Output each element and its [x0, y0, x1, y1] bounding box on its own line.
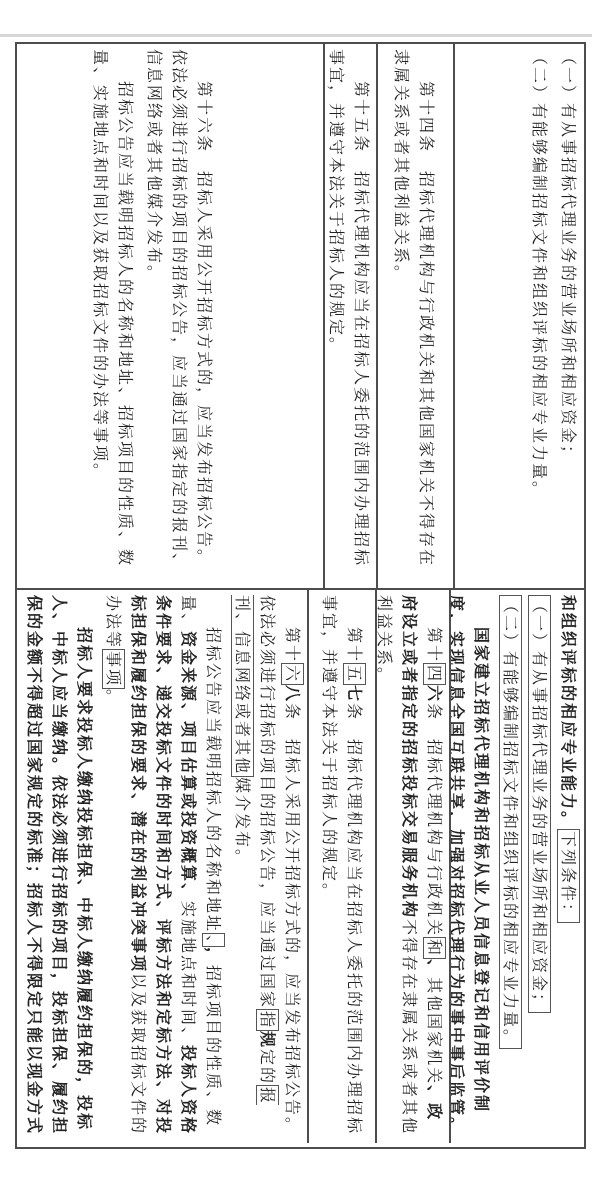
law-article-14: 第十四条 招标代理机构与行政机关和其他国家机关不得存在隶属关系或者其他利益关系。 [376, 44, 453, 588]
law-paragraph: 第十五七条 招标代理机构应当在招标人委托的范围内办理招标事宜，并遵守本法关于招标… [317, 595, 367, 1139]
law-article-13-tail: （一）有从事招标代理业务的营业场所和相应资金；（二）有能够编制招标文件和组织评标… [453, 44, 584, 588]
law-article-15: 第十五条 招标代理机构应当在招标人委托的范围内办理招标事宜，并遵守本法关于招标人… [323, 44, 376, 588]
text-run: 第十六条 招标人采用公开招标方式的，应当发布招标公告。依法必须进行招标的项目的招… [145, 49, 214, 571]
law-paragraph: （二）有能够编制招标文件和组织评标的相应专业力量。 [498, 595, 523, 1139]
inserted-text: 七 [345, 685, 364, 703]
inserted-text: ， [204, 947, 223, 965]
deleted-text-box: （一）有从事招标代理业务的营业场所和相应资金； [528, 595, 551, 1013]
law-paragraph: （一）有从事招标代理业务的营业场所和相应资金； [556, 49, 581, 584]
law-paragraph: 第十四条 招标代理机构与行政机关和其他国家机关不得存在隶属关系或者其他利益关系。 [389, 49, 439, 584]
law-paragraph: 第十六八条 招标人采用公开招标方式的，应当发布招标公告。依法必须进行招标的项目的… [230, 595, 305, 1139]
deleted-text-box: 指 [256, 1009, 279, 1031]
text-run: 第十 [425, 627, 444, 663]
law-paragraph: （一）有从事招标代理业务的营业场所和相应资金； [527, 595, 552, 1139]
inserted-text: 和组织评标的相应专业能力。 [559, 595, 578, 829]
law-paragraph: 国家建立招标代理机构和招标从业人员信息登记和信用评价制度，实现信息全国互联共享，… [449, 595, 494, 1139]
deleted-text-box: 、 [202, 933, 225, 947]
text-run: （二）有能够编制招标文件和组织评标的相应专业力量。 [530, 49, 549, 499]
text-run: 第十四条 招标代理机构与行政机关和其他国家机关不得存在隶属关系或者其他利益关系。 [392, 49, 436, 567]
inserted-text: 六 [425, 685, 444, 703]
inserted-text: 资金来源、项目估算或投资概算、 [179, 631, 198, 901]
text-run: 第十 [283, 627, 302, 663]
law-paragraph: 第十四六条 招标代理机构与行政机关和、其他国家机关、政府设立或者指定的招标投标交… [375, 595, 447, 1139]
text-run: （一）有从事招标代理业务的营业场所和相应资金； [559, 49, 578, 463]
law-paragraph: 第十五条 招标代理机构应当在招标人委托的范围内办理招标事宜，并遵守本法关于招标人… [324, 49, 374, 584]
draft-revision-column: 和组织评标的相应专业能力。下列条件：（一）有从事招标代理业务的营业场所和相应资金… [17, 590, 584, 1143]
text-run: 第十五条 招标代理机构应当在招标人委托的范围内办理招标事宜，并遵守本法关于招标人… [327, 49, 371, 567]
inserted-text: 规 [258, 1031, 277, 1049]
draft-article-16-from-14: 第十四六条 招标代理机构与行政机关和、其他国家机关、政府设立或者指定的招标投标交… [375, 590, 449, 1143]
law-article-16: 第十六条 招标人采用公开招标方式的，应当发布招标公告。依法必须进行招标的项目的招… [19, 44, 323, 588]
text-run: 招标公告应当载明招标人的名称和地址、招标项目的性质、数量、实施地点和时间以及获取… [91, 49, 135, 567]
inserted-text: 国家建立招标代理机构和招标从业人员信息登记和信用评价制度，实现信息全国互联共享，… [449, 595, 491, 1135]
draft-article-18-from-16: 第十六八条 招标人采用公开招标方式的，应当发布招标公告。依法必须进行招标的项目的… [19, 590, 307, 1143]
text-run: 。 [104, 689, 123, 707]
law-paragraph: 招标公告应当载明招标人的名称和地址、，招标项目的性质、数量、资金来源、项目估算或… [101, 595, 226, 1139]
text-run: 定的 [258, 1049, 277, 1085]
deleted-text-box: 五 [343, 663, 366, 685]
text-run: 招标公告应当载明招标人的名称和地址 [204, 627, 223, 933]
inserted-text: 、 [425, 959, 444, 977]
law-paragraph: 招标人要求投标人缴纳投标担保、中标人缴纳履约担保的，投标人、中标人应当缴纳。依法… [19, 595, 97, 1139]
scan-artifact-streak [0, 34, 592, 37]
text-run: 条 招标代理机构与行政机关 [425, 703, 444, 937]
law-paragraph: （二）有能够编制招标文件和组织评标的相应专业力量。 [527, 49, 552, 584]
law-paragraph: 第十六条 招标人采用公开招标方式的，应当发布招标公告。依法必须进行招标的项目的招… [142, 49, 217, 584]
draft-article-17-from-15: 第十五七条 招标代理机构应当在招标人委托的范围内办理招标事宜，并遵守本法关于招标… [307, 590, 375, 1143]
text-run: 其他国家机关 [425, 977, 444, 1085]
current-law-column: （一）有从事招标代理业务的营业场所和相应资金；（二）有能够编制招标文件和组织评标… [17, 44, 584, 590]
draft-article-13-tail: 和组织评标的相应专业能力。下列条件：（一）有从事招标代理业务的营业场所和相应资金… [449, 590, 584, 1143]
text-run: 实施地点和时间、 [179, 901, 198, 1045]
deleted-text-box: 下列条件： [557, 829, 580, 923]
text-run: 媒介发布。 [233, 777, 252, 867]
deleted-text-box: （二）有能够编制招标文件和组织评标的相应专业力量。 [499, 595, 522, 1049]
deleted-text-box: 和 [423, 937, 446, 959]
inserted-text: 八 [283, 685, 302, 703]
text-run: 第十 [345, 627, 364, 663]
law-paragraph: 和组织评标的相应专业能力。下列条件： [556, 595, 581, 1139]
law-paragraph: 招标公告应当载明招标人的名称和地址、招标项目的性质、数量、实施地点和时间以及获取… [88, 49, 138, 584]
law-comparison-table: （一）有从事招标代理业务的营业场所和相应资金；（二）有能够编制招标文件和组织评标… [15, 42, 586, 1149]
deleted-text-box: 六 [281, 663, 304, 685]
deleted-text-box: 四 [423, 663, 446, 685]
deleted-text-box: 事项 [102, 649, 125, 689]
scanned-document-page: （一）有从事招标代理业务的营业场所和相应资金；（二）有能够编制招标文件和组织评标… [0, 0, 600, 1191]
inserted-text: 招标人要求投标人缴纳投标担保、中标人缴纳履约担保的，投标人、中标人应当缴纳。依法… [19, 595, 94, 1135]
